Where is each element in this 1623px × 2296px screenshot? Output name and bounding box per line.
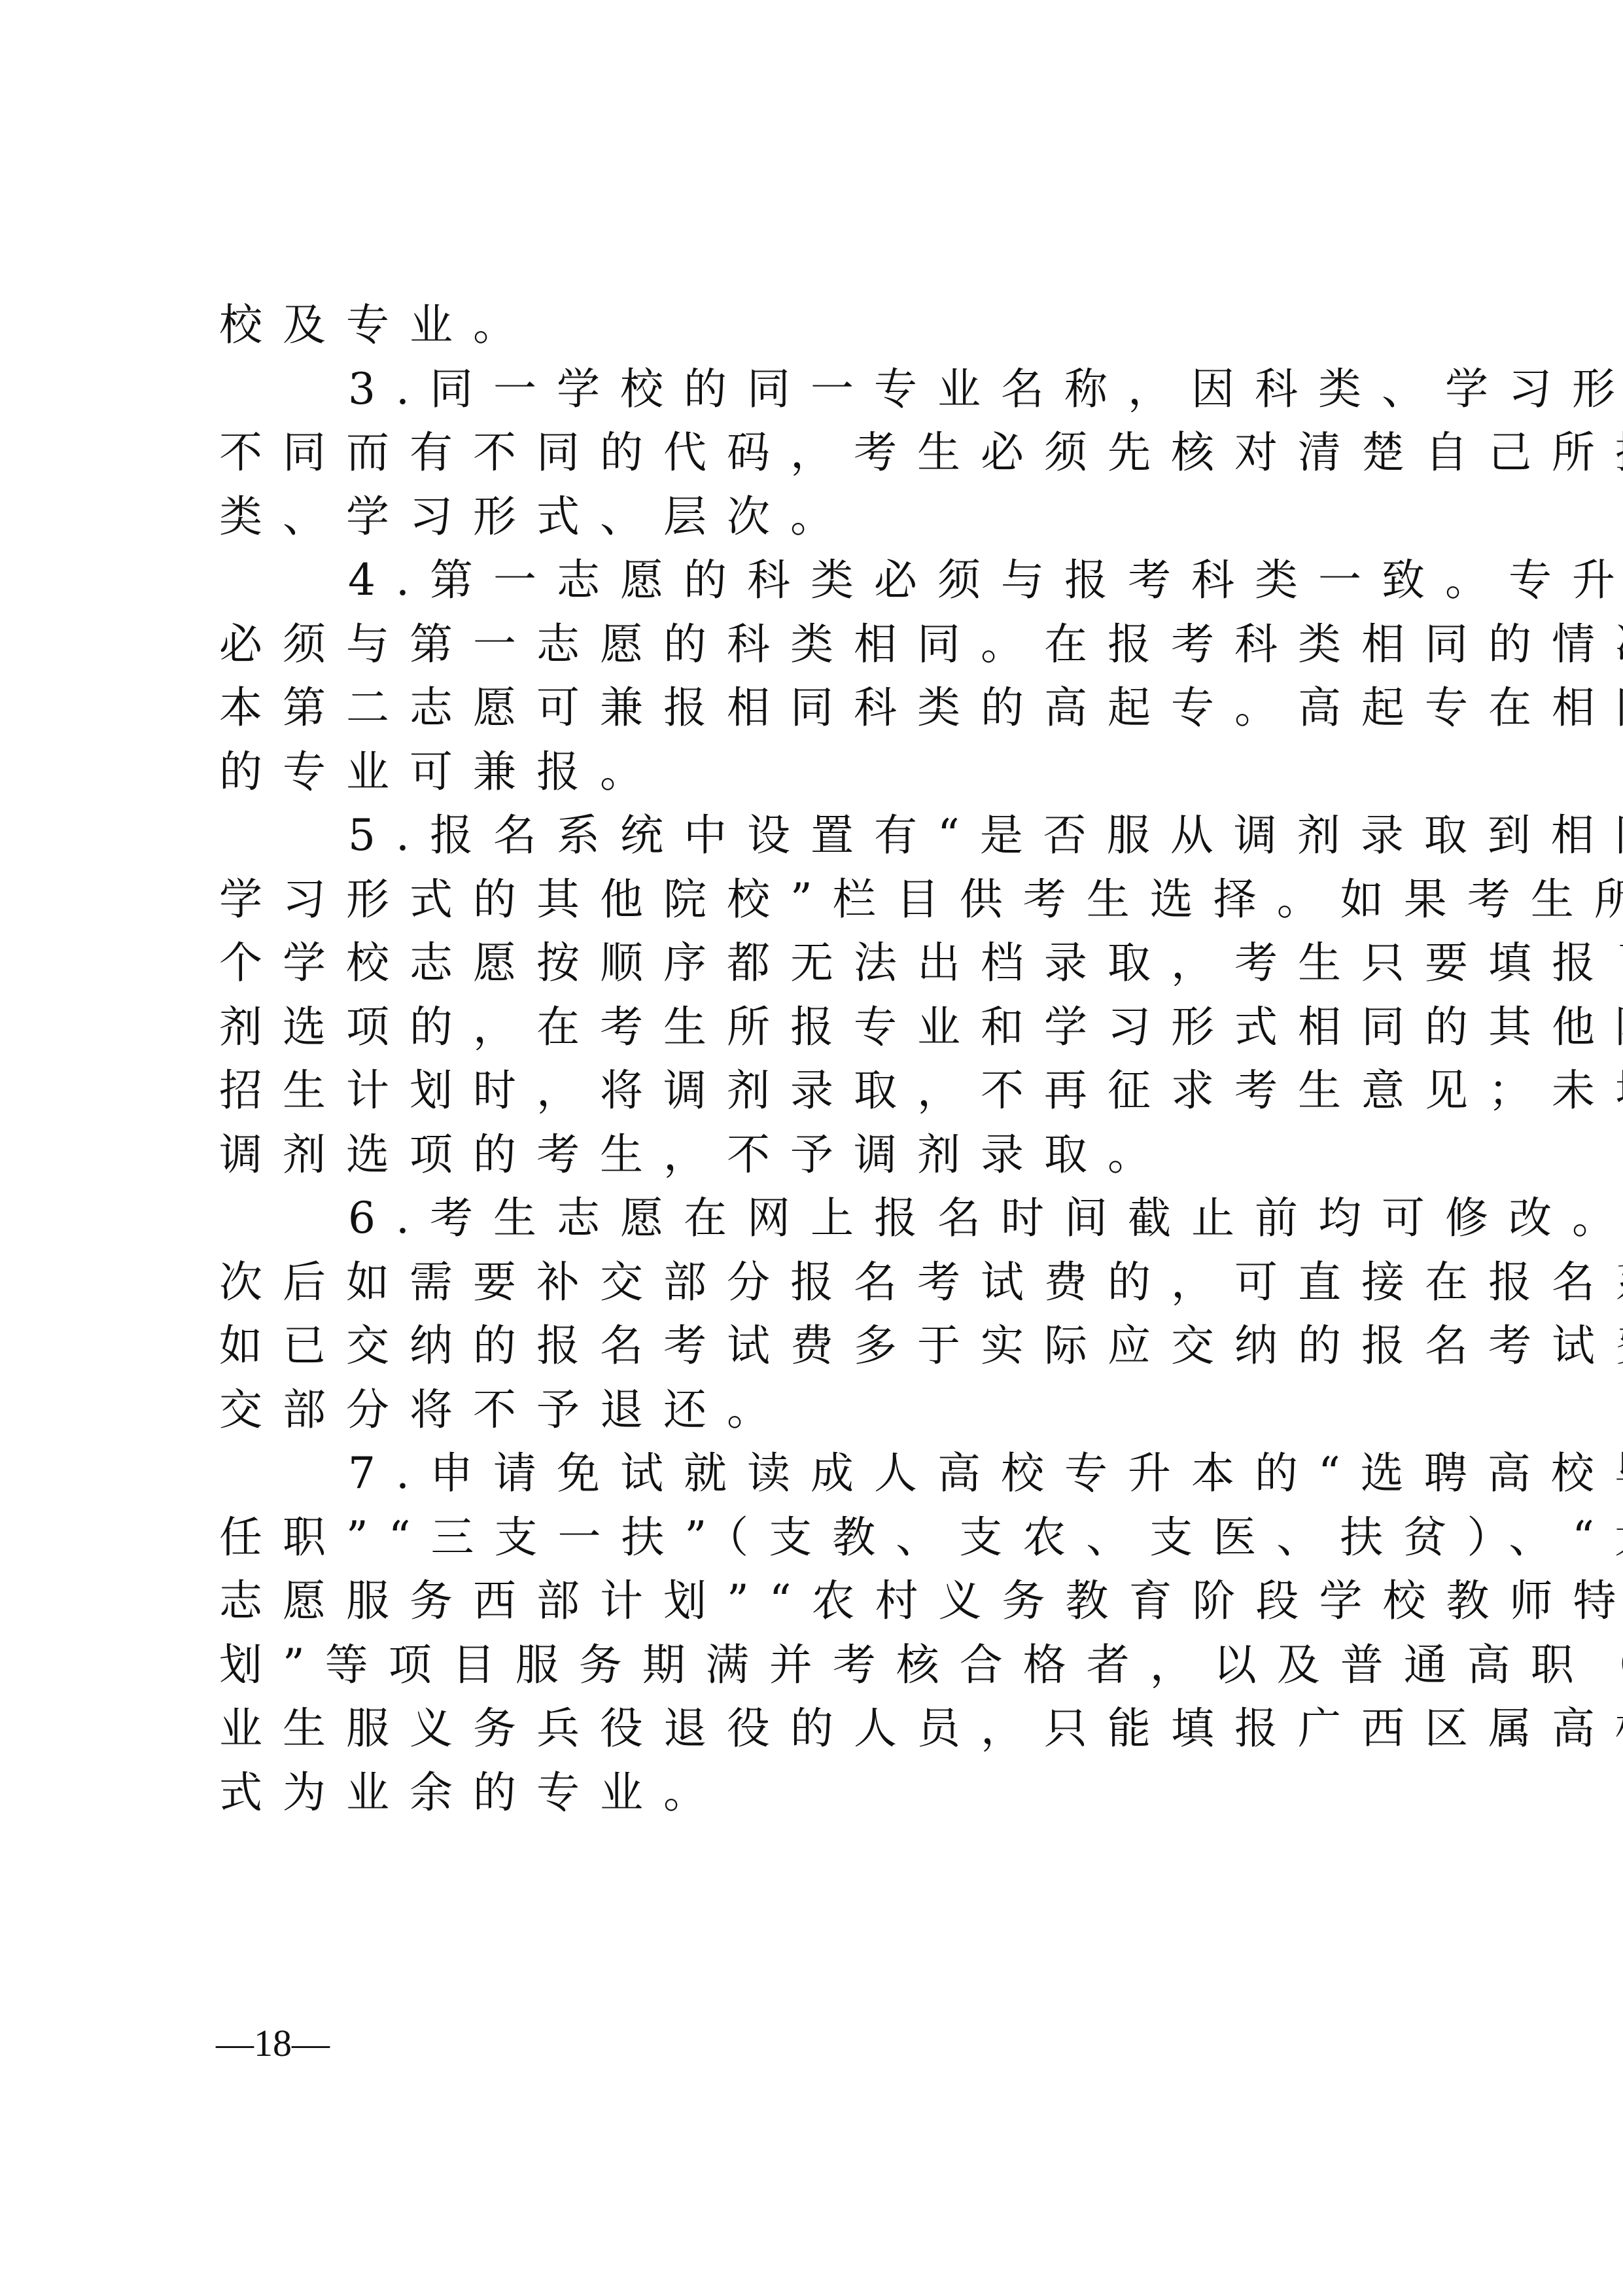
- text-line: 如已交纳的报名考试费多于实际应交纳的报名考试费的，已多: [219, 1314, 1384, 1378]
- text-line: 招生计划时，将调剂录取，不再征求考生意见；未填报该服从: [219, 1059, 1384, 1123]
- text-line: 校及专业。: [219, 293, 1384, 357]
- page-number: —18—: [216, 2021, 330, 2066]
- paragraph-item-4: 4.第一志愿的科类必须与报考科类一致。专升本第二志愿 必须与第一志愿的科类相同。…: [219, 548, 1384, 804]
- text-line: 不同而有不同的代码，考生必须先核对清楚自己所报专业的科: [219, 421, 1384, 485]
- text-line: 式为业余的专业。: [219, 1761, 1384, 1825]
- text-line: 次后如需要补交部分报名考试费的，可直接在报名系统补交；: [219, 1250, 1384, 1315]
- text-line: 任职”“三支一扶”（支教、支农、支医、扶贫）、“大学生: [219, 1506, 1384, 1570]
- text-line: 个学校志愿按顺序都无法出档录取，考生只要填报了该服从调: [219, 931, 1384, 995]
- text-line: 志愿服务西部计划”“农村义务教育阶段学校教师特设岗位计: [219, 1569, 1384, 1633]
- text-line: 业生服义务兵役退役的人员，只能填报广西区属高校的学习形: [219, 1697, 1384, 1761]
- text-line: 划”等项目服务期满并考核合格者，以及普通高职（专科）毕: [219, 1633, 1384, 1697]
- text-line: 3.同一学校的同一专业名称，因科类、学习形式、层次的: [219, 357, 1384, 421]
- paragraph-continuation: 校及专业。: [219, 293, 1384, 357]
- text-line: 6.考生志愿在网上报名时间截止前均可修改。修改报考层: [219, 1186, 1384, 1250]
- document-page: 校及专业。 3.同一学校的同一专业名称，因科类、学习形式、层次的 不同而有不同的…: [219, 293, 1384, 1824]
- paragraph-item-3: 3.同一学校的同一专业名称，因科类、学习形式、层次的 不同而有不同的代码，考生必…: [219, 357, 1384, 549]
- text-line: 5.报名系统中设置有“是否服从调剂录取到相同专业相同: [219, 804, 1384, 868]
- paragraph-item-6: 6.考生志愿在网上报名时间截止前均可修改。修改报考层 次后如需要补交部分报名考试…: [219, 1186, 1384, 1441]
- text-line: 学习形式的其他院校”栏目供考生选择。如果考生所填报的两: [219, 868, 1384, 932]
- text-line: 的专业可兼报。: [219, 740, 1384, 804]
- text-line: 剂选项的，在考生所报专业和学习形式相同的其他院校未完成: [219, 995, 1384, 1059]
- text-line: 调剂选项的考生，不予调剂录取。: [219, 1123, 1384, 1187]
- paragraph-item-5: 5.报名系统中设置有“是否服从调剂录取到相同专业相同 学习形式的其他院校”栏目供…: [219, 804, 1384, 1186]
- text-line: 本第二志愿可兼报相同科类的高起专。高起专在相同科类之间: [219, 676, 1384, 740]
- paragraph-item-7: 7.申请免试就读成人高校专升本的“选聘高校毕业生到村 任职”“三支一扶”（支教、…: [219, 1441, 1384, 1824]
- text-line: 4.第一志愿的科类必须与报考科类一致。专升本第二志愿: [219, 548, 1384, 612]
- text-line: 类、学习形式、层次。: [219, 485, 1384, 549]
- text-line: 7.申请免试就读成人高校专升本的“选聘高校毕业生到村: [219, 1441, 1384, 1506]
- text-line: 交部分将不予退还。: [219, 1378, 1384, 1442]
- text-line: 必须与第一志愿的科类相同。在报考科类相同的情况下，高起: [219, 612, 1384, 677]
